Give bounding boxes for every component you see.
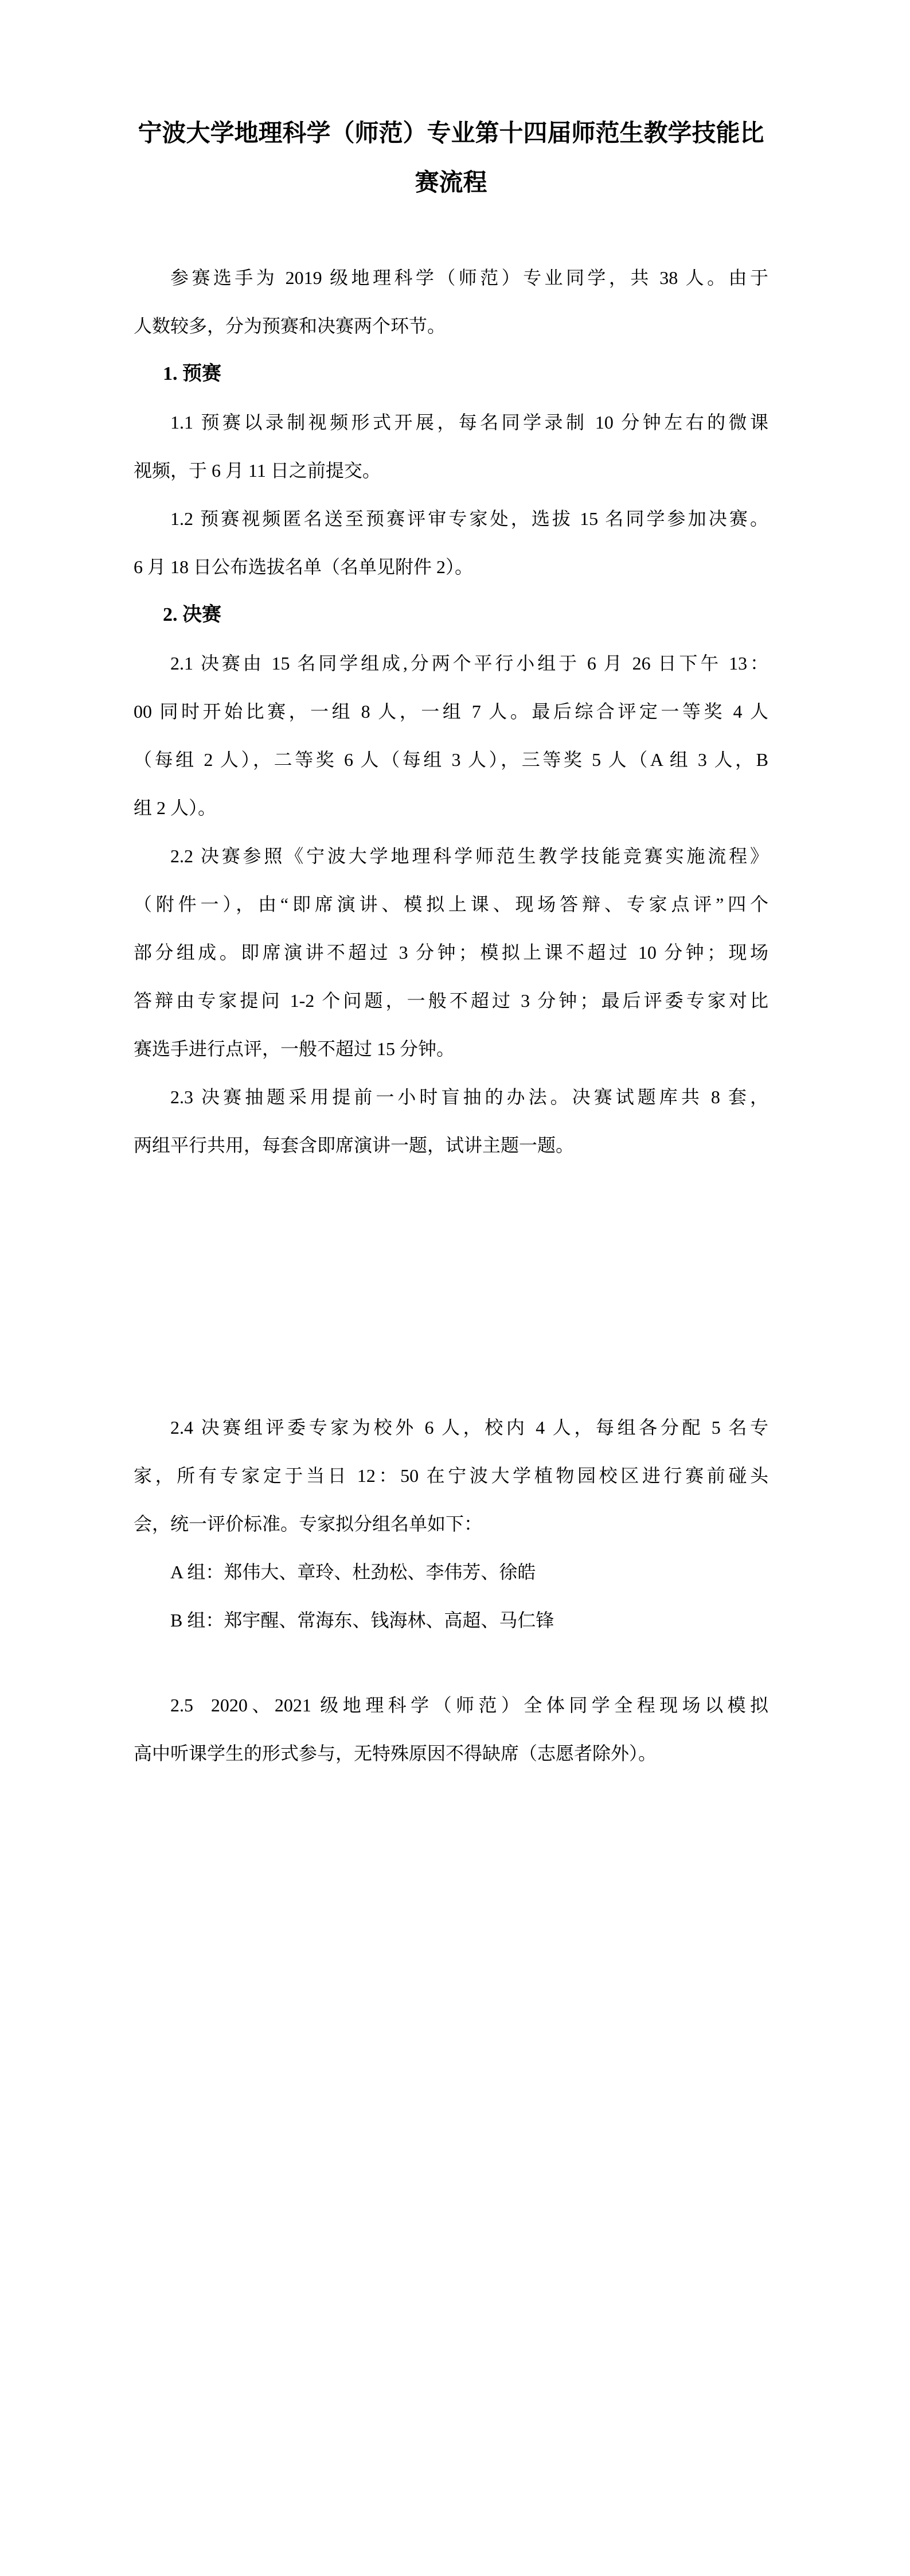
paragraph-1-1: 1.1 预赛以录制视频形式开展，每名同学录制 10 分钟左右的微课 视频，于 6…: [134, 398, 768, 495]
p23-line-2: 两组平行共用，每套含即席演讲一题，试讲主题一题。: [134, 1121, 768, 1169]
intro-line-1: 参赛选手为 2019 级地理科学（师范）专业同学，共 38 人。由于: [134, 254, 768, 302]
group-a-line: A 组：郑伟大、章玲、杜劲松、李伟芳、徐皓: [134, 1548, 768, 1596]
p22-line-1: 2.2 决赛参照《宁波大学地理科学师范生教学技能竞赛实施流程》: [134, 832, 768, 880]
document-page: 宁波大学地理科学（师范）专业第十四届师范生教学技能比 赛流程 参赛选手为 201…: [0, 0, 910, 2576]
title-line-1: 宁波大学地理科学（师范）专业第十四届师范生教学技能比: [134, 109, 768, 158]
p24-line-3: 会，统一评价标准。专家拟分组名单如下：: [134, 1500, 768, 1548]
p11-line-1: 1.1 预赛以录制视频形式开展，每名同学录制 10 分钟左右的微课: [134, 398, 768, 446]
heading-preliminary-text: 1. 预赛: [134, 350, 768, 398]
p22-line-2: （附件一），由“即席演讲、模拟上课、现场答辩、专家点评”四个: [134, 880, 768, 928]
p24-line-1: 2.4 决赛组评委专家为校外 6 人，校内 4 人，每组各分配 5 名专: [134, 1403, 768, 1452]
paragraph-2-5: 2.5 2020、2021 级地理科学（师范）全体同学全程现场以模拟 高中听课学…: [134, 1681, 768, 1777]
section-heading-preliminary: 1. 预赛: [134, 350, 768, 398]
p24-line-2: 家，所有专家定于当日 12：50 在宁波大学植物园校区进行赛前碰头: [134, 1452, 768, 1500]
p22-line-5: 赛选手进行点评，一般不超过 15 分钟。: [134, 1025, 768, 1073]
p12-line-1: 1.2 预赛视频匿名送至预赛评审专家处，选拔 15 名同学参加决赛。: [134, 495, 768, 543]
paragraph-2-3: 2.3 决赛抽题采用提前一小时盲抽的办法。决赛试题库共 8 套， 两组平行共用，…: [134, 1073, 768, 1169]
title-body-gap: [134, 208, 768, 254]
section-heading-final: 2. 决赛: [134, 591, 768, 639]
paragraph-intro: 参赛选手为 2019 级地理科学（师范）专业同学，共 38 人。由于 人数较多，…: [134, 254, 768, 350]
paragraph-2-2: 2.2 决赛参照《宁波大学地理科学师范生教学技能竞赛实施流程》 （附件一），由“…: [134, 832, 768, 1073]
paragraph-2-1: 2.1 决赛由 15 名同学组成,分两个平行小组于 6 月 26 日下午 13：…: [134, 639, 768, 832]
p12-line-2: 6 月 18 日公布选拔名单（名单见附件 2）。: [134, 543, 768, 591]
p23-line-1: 2.3 决赛抽题采用提前一小时盲抽的办法。决赛试题库共 8 套，: [134, 1073, 768, 1121]
judge-group-b: B 组：郑宇醒、常海东、钱海林、高超、马仁锋: [134, 1596, 768, 1644]
p21-line-2: 00 同时开始比赛，一组 8 人，一组 7 人。最后综合评定一等奖 4 人: [134, 687, 768, 736]
p22-line-4: 答辩由专家提问 1-2 个问题，一般不超过 3 分钟；最后评委专家对比: [134, 976, 768, 1025]
p21-line-3: （每组 2 人），二等奖 6 人（每组 3 人），三等奖 5 人（A 组 3 人…: [134, 736, 768, 784]
p21-line-4: 组 2 人）。: [134, 784, 768, 832]
group-b-line: B 组：郑宇醒、常海东、钱海林、高超、马仁锋: [134, 1596, 768, 1644]
paragraph-2-4: 2.4 决赛组评委专家为校外 6 人，校内 4 人，每组各分配 5 名专 家，所…: [134, 1403, 768, 1548]
paragraph-1-2: 1.2 预赛视频匿名送至预赛评审专家处，选拔 15 名同学参加决赛。 6 月 1…: [134, 495, 768, 591]
p11-line-2: 视频，于 6 月 11 日之前提交。: [134, 446, 768, 495]
p21-line-1: 2.1 决赛由 15 名同学组成,分两个平行小组于 6 月 26 日下午 13：: [134, 639, 768, 687]
p22-line-3: 部分组成。即席演讲不超过 3 分钟；模拟上课不超过 10 分钟；现场: [134, 928, 768, 976]
title-line-2: 赛流程: [134, 158, 768, 208]
p25-line-2: 高中听课学生的形式参与，无特殊原因不得缺席（志愿者除外）。: [134, 1729, 768, 1777]
heading-final-text: 2. 决赛: [134, 591, 768, 639]
judge-group-a: A 组：郑伟大、章玲、杜劲松、李伟芳、徐皓: [134, 1548, 768, 1596]
p25-line-1: 2.5 2020、2021 级地理科学（师范）全体同学全程现场以模拟: [134, 1681, 768, 1729]
intro-line-2: 人数较多，分为预赛和决赛两个环节。: [134, 302, 768, 350]
page-title: 宁波大学地理科学（师范）专业第十四届师范生教学技能比 赛流程: [134, 109, 768, 208]
